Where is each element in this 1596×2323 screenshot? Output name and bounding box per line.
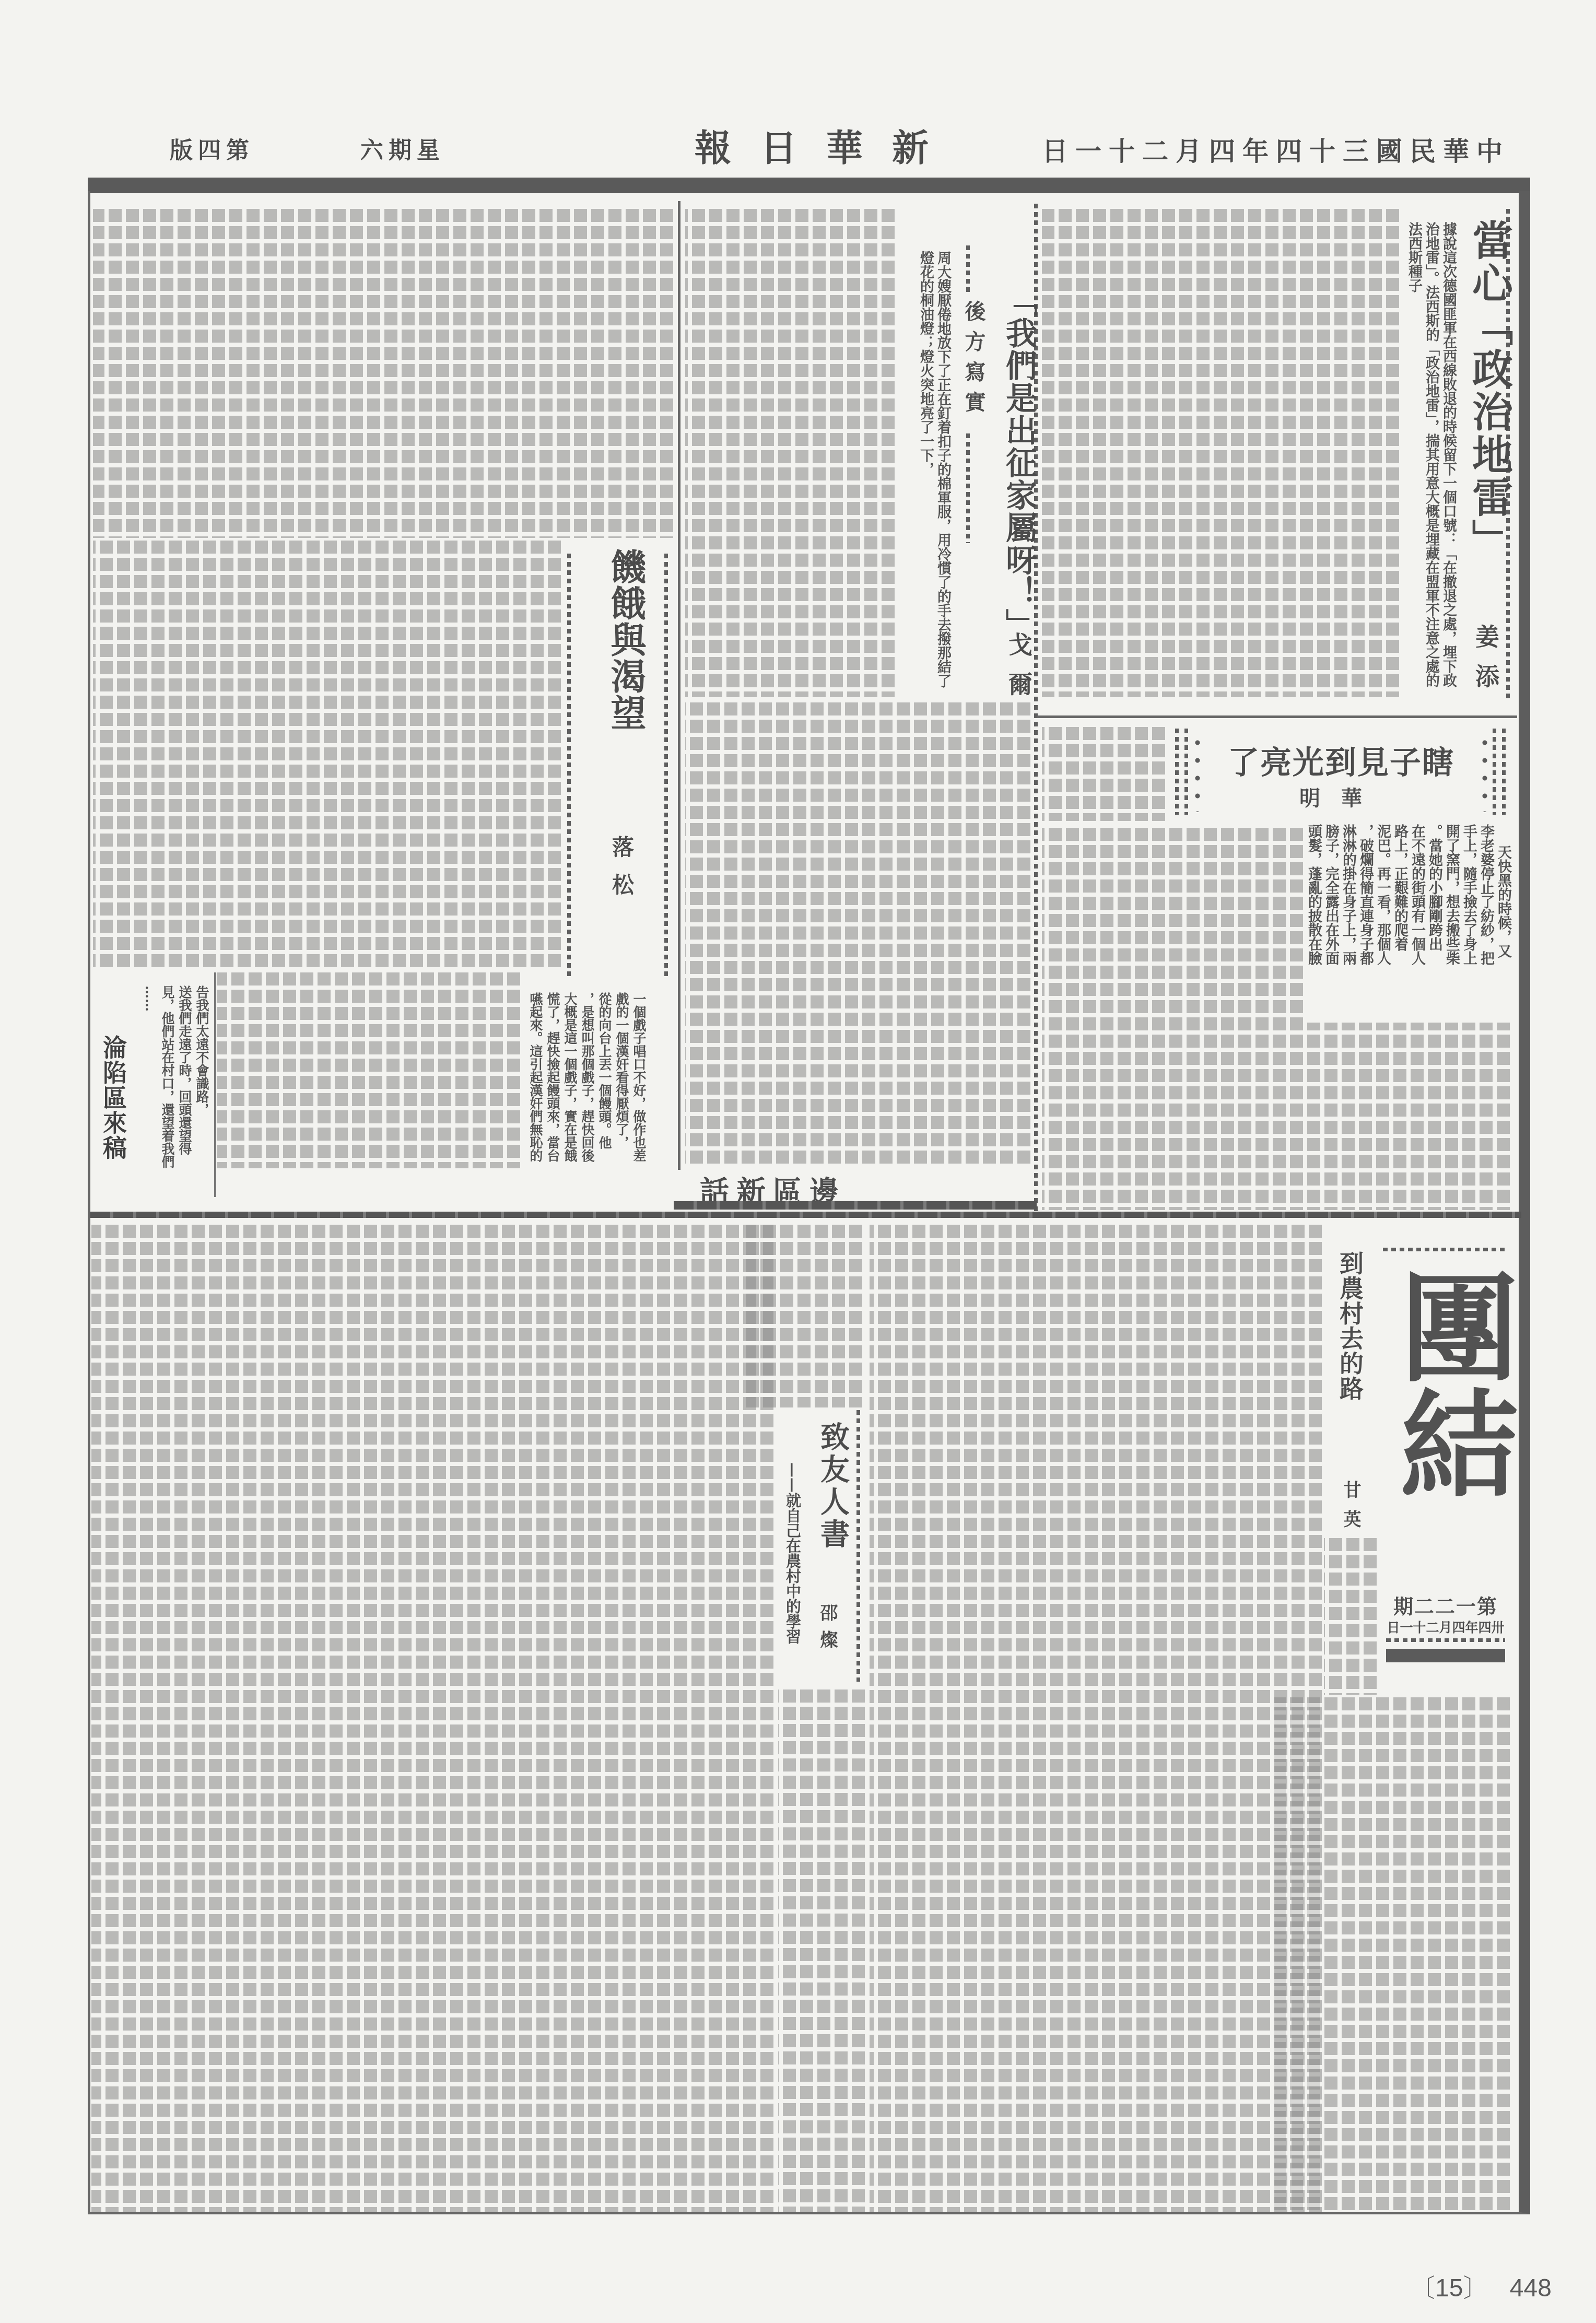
article-author: 姜添 [1469,624,1503,703]
column-divider [678,201,680,1170]
wavy-rule [1386,1638,1505,1642]
illegible-text-block [217,972,522,1168]
text-column: 開了窯門，想去搬些柴 [1443,824,1460,1023]
text-column: 頭髮，蓬亂的披散在臉 [1305,824,1322,1023]
text-column: 嚥起來。這引起漢奸們無恥的 [527,992,544,1201]
wavy-border [856,1410,860,1682]
supplement-rule [1386,1649,1505,1662]
article-excerpt: 周大嫂厭倦地放下了正在釘着扣子的棉軍服，用冷慣了的手去撥那結了燈花的桐油燈；燈火… [898,251,952,700]
article-author: 邵燦 [815,1603,840,1658]
section-label-occupied-area: 淪陷區來稿 [96,1035,131,1160]
article-title-soldier-families: 「我們是出征家屬呀！」 [996,285,1041,641]
article-divider [1037,715,1517,718]
article-author: 甘英 [1338,1481,1364,1539]
supplement-date: 卅四年四月二十一日 [1385,1617,1506,1636]
text-column: 天快黑的時候，又 [1495,824,1512,1023]
dot-ornament [1482,734,1487,812]
text-column: 一個戲子唱口不好，做作也差 [630,992,648,1201]
section-divider [90,1212,1521,1218]
illegible-text-block [685,702,1032,1165]
page-ref: 〔15〕 [1410,2274,1488,2302]
paper-name: 新華日報 [695,119,958,172]
weekday: 星期六 [360,132,445,165]
wavy-border [1184,729,1188,815]
dot-ornament [1195,734,1200,812]
illegible-text-block [93,541,563,969]
column-label: 後方寫實 [959,300,989,421]
supplement-masthead: 團結 第一二二期 卅四年四月二十一日 [1383,1246,1520,1695]
illegible-text-block [1324,1538,1379,1695]
article-title-letter: 致友人書 [812,1422,854,1551]
text-column: 。當她的小腳剛跨出 [1426,824,1443,1023]
article-excerpt: 告我們太遠不會識路， 送我們走遠了時，回頭還望得 見，他們站在村口，還望着我們 … [140,985,210,1189]
article-excerpt: 據說這次德國匪軍在西線敗退的時候留下一個口號：「在撤退之處，埋下政治地雷」。法西… [1404,222,1457,697]
text-column: 告我們太遠不會識路， [193,985,210,1189]
page-number: 448 [1510,2274,1552,2302]
wavy-rule [1383,1248,1508,1251]
illegible-text-block [685,209,897,697]
article-subtitle: ——就自己在農村中的學習 [782,1462,804,1644]
text-column: ，是想叫那個戲子，趕快回後 [579,992,596,1201]
wavy-border [1175,729,1179,815]
illegible-text-block [91,1225,776,2212]
article-title-hunger: 饑餓與渴望 [601,548,651,731]
text-column: 李老婆停止了紡紗，把 [1477,824,1495,1023]
illegible-text-block [93,209,675,538]
text-column: 在不遠的街頭有一個人 [1409,824,1426,1023]
zigzag-rule [674,1201,1037,1210]
text-column: 從的向台上丟一個饅頭。他 [596,992,613,1201]
text-column: 路上，正艱難的爬着 [1391,824,1409,1023]
text-column: 泥巴。再一看，那個人 [1374,824,1391,1023]
text-column: 膀子，完全露出在外面 [1322,824,1340,1023]
newspaper-page: 第四版 星期六 新華日報 中華民國三十四年四月二十一日 當心「政治地雷」 姜添 … [0,0,1596,2323]
wavy-border [1493,729,1496,815]
article-excerpt: 天快黑的時候，又 李老婆停止了紡紗，把 手上，隨手撿去了身上 開了窯門，想去搬些… [1304,824,1512,1023]
illegible-text-block [778,1690,867,2212]
wavy-border [664,554,668,977]
wavy-ornament [966,245,970,295]
article-title-political-mines: 當心「政治地雷」 [1460,219,1518,562]
wavy-border [567,554,571,977]
text-column: 慌了，趕快撿起饅頭來，當台 [544,992,561,1201]
issue-date: 中華民國三十四年四月二十一日 [1042,131,1510,168]
supplement-name: 團結 [1387,1266,1512,1501]
article-header-box: 瞎子見到光亮了 華明 [1169,723,1513,823]
article-author: 華明 [1221,782,1461,812]
article-author: 落松 [606,836,637,911]
article-author: 戈爾 [1002,632,1036,711]
page-label: 第四版 [170,132,254,165]
text-column: 大概是這一個戲子，實在是餓 [561,992,579,1201]
page-reference: 〔15〕 448 [1410,2268,1552,2304]
text-column: ，破爛得簡直連身子都 [1357,824,1374,1023]
wavy-ornament [966,433,970,543]
supplement-issue: 第一二二期 [1388,1590,1503,1619]
text-column: 見，他們站在村口，還望着我們 [159,985,176,1189]
text-column: 手上，隨手撿去了身上 [1460,824,1477,1023]
text-column: 淋淋的掛在身子上，兩 [1340,824,1357,1023]
article-title-road-to-village: 到農村去的路 [1333,1251,1367,1401]
text-column: 送我們走遠了時，回頭還望得 [176,985,193,1189]
article-title-blind-man: 瞎子見到光亮了 [1221,738,1461,783]
illegible-text-block [1042,209,1401,697]
illegible-text-block [1042,727,1167,821]
text-column: 戲的一個漢奸看得厭煩了， [613,992,630,1201]
text-column: …… [142,985,159,1189]
article-excerpt: 一個戲子唱口不好，做作也差 戲的一個漢奸看得厭煩了， 從的向台上丟一個饅頭。他 … [525,992,648,1201]
occupied-area-box: 淪陷區來稿 告我們太遠不會識路， 送我們走遠了時，回頭還望得 見，他們站在村口，… [93,972,216,1197]
wavy-border [1502,729,1506,815]
illegible-text-block [870,1225,1324,2212]
